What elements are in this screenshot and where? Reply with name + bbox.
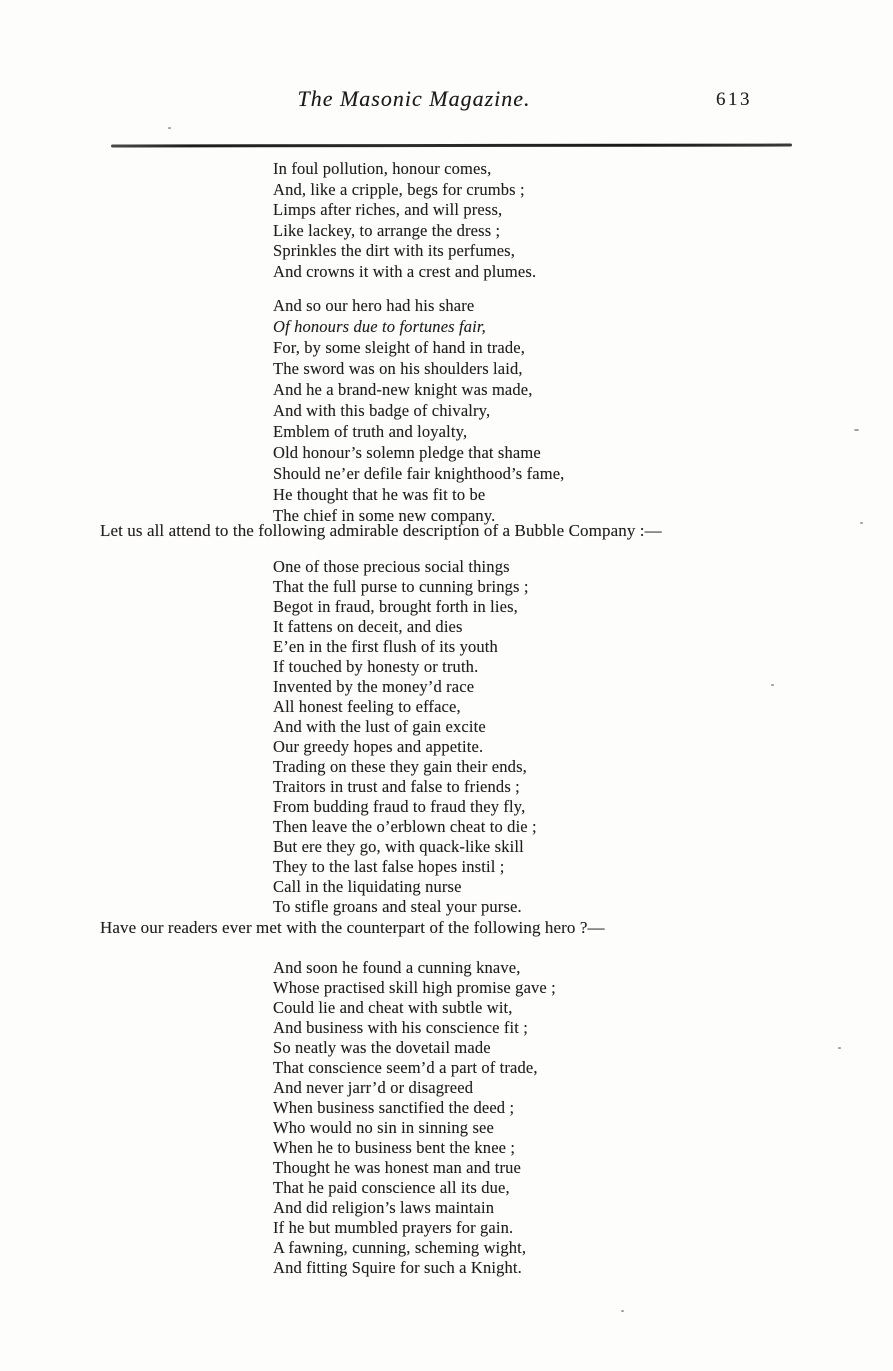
poem-line: And soon he found a cunning knave, xyxy=(273,958,556,978)
poem-stanza-4: And soon he found a cunning knave,Whose … xyxy=(273,958,556,1278)
magazine-page: The Masonic Magazine. 613 In foul pollut… xyxy=(0,0,893,1371)
poem-line: Could lie and cheat with subtle wit, xyxy=(273,998,556,1018)
poem-line: Emblem of truth and loyalty, xyxy=(273,421,564,442)
scan-speck xyxy=(860,522,863,524)
poem-line: And fitting Squire for such a Knight. xyxy=(273,1258,556,1278)
poem-line: When he to business bent the knee ; xyxy=(273,1138,556,1158)
poem-line: If touched by honesty or truth. xyxy=(273,657,537,677)
poem-line: Limps after riches, and will press, xyxy=(273,200,536,221)
poem-line: And with this badge of chivalry, xyxy=(273,400,564,421)
poem-line: To stifle groans and steal your purse. xyxy=(273,897,537,917)
poem-line: Our greedy hopes and appetite. xyxy=(273,737,537,757)
poem-line: And with the lust of gain excite xyxy=(273,717,537,737)
poem-line: Invented by the money’d race xyxy=(273,677,537,697)
header-rule xyxy=(111,144,792,148)
poem-line: Of honours due to fortunes fair, xyxy=(273,316,564,337)
poem-line: From budding fraud to fraud they fly, xyxy=(273,797,537,817)
poem-line: Call in the liquidating nurse xyxy=(273,877,537,897)
poem-line: And crowns it with a crest and plumes. xyxy=(273,262,536,283)
page-number: 613 xyxy=(716,89,752,111)
poem-line: And, like a cripple, begs for crumbs ; xyxy=(273,180,536,201)
poem-line: One of those precious social things xyxy=(273,557,537,577)
poem-line: And so our hero had his share xyxy=(273,295,564,316)
poem-line: But ere they go, with quack-like skill xyxy=(273,837,537,857)
poem-line: Should ne’er defile fair knighthood’s fa… xyxy=(273,463,564,484)
poem-line: And never jarr’d or disagreed xyxy=(273,1078,556,1098)
poem-stanza-3: One of those precious social thingsThat … xyxy=(273,557,537,917)
poem-line: They to the last false hopes instil ; xyxy=(273,857,537,877)
poem-line: Thought he was honest man and true xyxy=(273,1158,556,1178)
poem-line: Old honour’s solemn pledge that shame xyxy=(273,442,564,463)
poem-line: And did religion’s laws maintain xyxy=(273,1198,556,1218)
poem-line: Like lackey, to arrange the dress ; xyxy=(273,221,536,242)
poem-line: That he paid conscience all its due, xyxy=(273,1178,556,1198)
scan-speck xyxy=(621,1310,624,1312)
poem-line: And he a brand-new knight was made, xyxy=(273,379,564,400)
poem-line: If he but mumbled prayers for gain. xyxy=(273,1218,556,1238)
poem-line: When business sanctified the deed ; xyxy=(273,1098,556,1118)
poem-line: All honest feeling to efface, xyxy=(273,697,537,717)
scan-speck xyxy=(168,127,171,129)
poem-line: Begot in fraud, brought forth in lies, xyxy=(273,597,537,617)
poem-line: So neatly was the dovetail made xyxy=(273,1038,556,1058)
poem-line: Traitors in trust and false to friends ; xyxy=(273,777,537,797)
poem-line: Then leave the o’erblown cheat to die ; xyxy=(273,817,537,837)
poem-stanza-1: In foul pollution, honour comes,And, lik… xyxy=(273,159,536,282)
poem-line: That the full purse to cunning brings ; xyxy=(273,577,537,597)
poem-line: Sprinkles the dirt with its perfumes, xyxy=(273,241,536,262)
poem-line: Trading on these they gain their ends, xyxy=(273,757,537,777)
poem-line: He thought that he was fit to be xyxy=(273,484,564,505)
scan-speck xyxy=(854,429,859,431)
poem-line: Whose practised skill high promise gave … xyxy=(273,978,556,998)
hero-intro: Have our readers ever met with the count… xyxy=(100,918,605,938)
poem-line: That conscience seem’d a part of trade, xyxy=(273,1058,556,1078)
poem-line: In foul pollution, honour comes, xyxy=(273,159,536,180)
poem-line: E’en in the first flush of its youth xyxy=(273,637,537,657)
poem-line: The sword was on his shoulders laid, xyxy=(273,358,564,379)
poem-line: A fawning, cunning, scheming wight, xyxy=(273,1238,556,1258)
poem-line: It fattens on deceit, and dies xyxy=(273,617,537,637)
poem-line: Who would no sin in sinning see xyxy=(273,1118,556,1138)
poem-line: For, by some sleight of hand in trade, xyxy=(273,337,564,358)
scan-speck xyxy=(838,1047,841,1049)
poem-stanza-2: And so our hero had his shareOf honours … xyxy=(273,295,564,526)
scan-speck xyxy=(771,684,774,686)
poem-line: And business with his conscience fit ; xyxy=(273,1018,556,1038)
bubble-company-intro: Let us all attend to the following admir… xyxy=(100,521,662,541)
magazine-title: The Masonic Magazine. xyxy=(36,86,792,112)
